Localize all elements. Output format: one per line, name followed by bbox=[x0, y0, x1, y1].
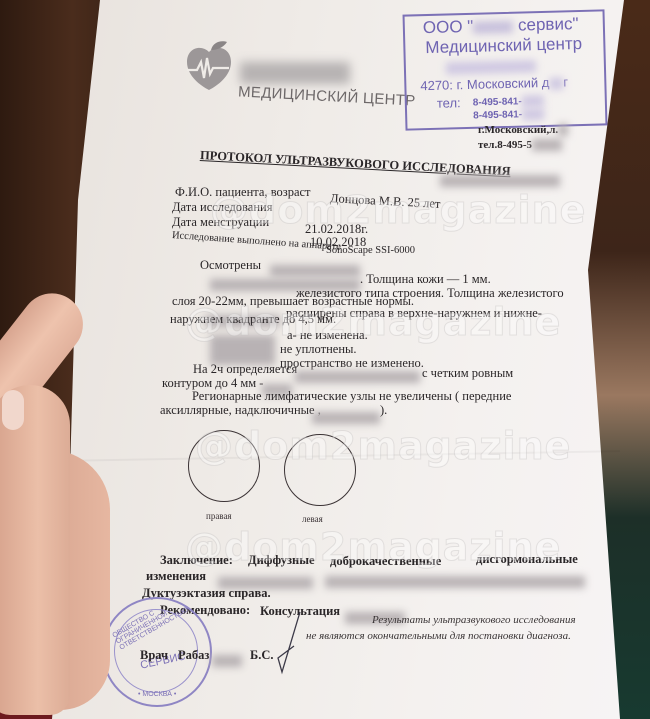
body-line: ). bbox=[380, 403, 387, 418]
left-label: левая bbox=[302, 514, 323, 524]
stamp-bottom-text: • МОСКВА • bbox=[138, 691, 176, 698]
body-line: с четким ровным bbox=[422, 366, 513, 381]
watermark: @dom2magazine bbox=[195, 424, 571, 468]
watermark: @dom2magazine bbox=[210, 188, 586, 232]
disclaimer-line2: не являются окончательными для постановк… bbox=[306, 630, 571, 642]
stamp-tel-label: тел: bbox=[437, 95, 461, 111]
body-line: не уплотнены. bbox=[280, 342, 357, 357]
body-line: На 2ч определяется bbox=[193, 362, 297, 377]
body-line: аксиллярные, надключичные , bbox=[160, 403, 321, 418]
apple-heart-pulse-icon bbox=[183, 40, 235, 92]
conclusion-line2: изменения bbox=[146, 569, 206, 584]
address-phone: тел.8-495-5 bbox=[478, 139, 562, 151]
title-redacted bbox=[440, 175, 560, 187]
doctor-name: Рабаз bbox=[178, 648, 209, 663]
signature-scribble bbox=[270, 610, 310, 680]
logo-subtitle: МЕДИЦИНСКИЙ ЦЕНТР bbox=[238, 83, 416, 109]
header-stamp: ООО " сервис" Медицинский центр 4270: г.… bbox=[403, 9, 608, 130]
watermark: @dom2magazine bbox=[185, 300, 561, 344]
thumb bbox=[0, 385, 70, 715]
watermark: @dom2magazine bbox=[185, 525, 561, 569]
hand bbox=[0, 150, 150, 560]
disclaimer-line1: Результаты ультразвукового исследования bbox=[372, 614, 576, 626]
body-line: . Толщина кожи — 1 мм. bbox=[360, 272, 491, 287]
thumb-nail bbox=[2, 390, 24, 430]
body-line: Регионарные лимфатические узлы не увелич… bbox=[192, 389, 511, 404]
address-city: г.Московский,л. bbox=[478, 124, 568, 136]
stamp-address: 4270: г. Московский дг bbox=[420, 74, 568, 93]
stamp-tel1: 8-495-841- bbox=[473, 95, 544, 109]
right-label: правая bbox=[206, 511, 232, 521]
stamp-redacted bbox=[446, 61, 536, 75]
body-line: Осмотрены bbox=[200, 258, 261, 273]
stamp-tel2: 8-495-841- bbox=[473, 108, 544, 122]
doctor-label: Врач bbox=[140, 648, 168, 663]
device-model: SonoScape SSI-6000 bbox=[326, 245, 415, 256]
brand-name-redacted bbox=[240, 62, 350, 84]
stamp-line2: Медицинский центр bbox=[425, 34, 582, 58]
